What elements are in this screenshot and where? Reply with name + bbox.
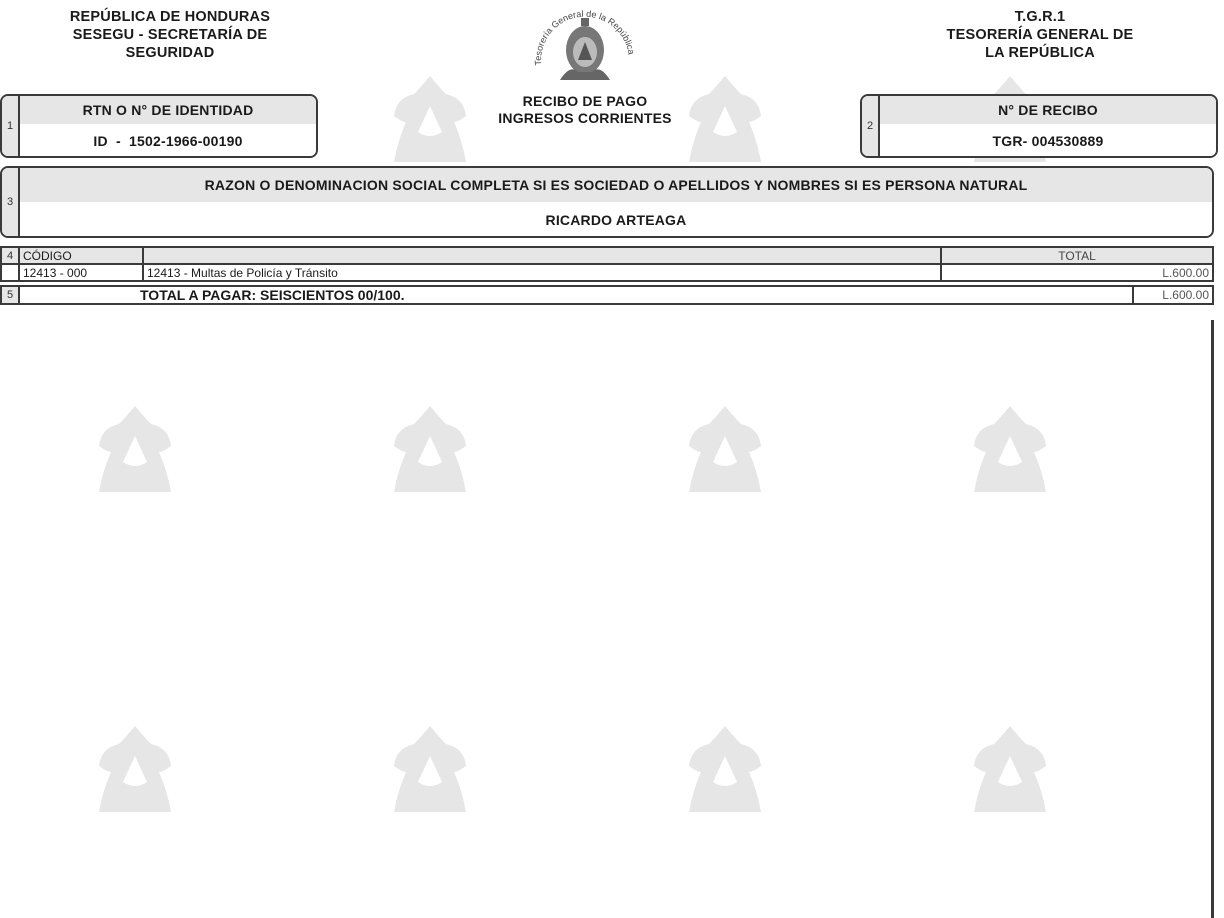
table-row: 12413 - 000 12413 - Multas de Policía y … xyxy=(1,264,1213,281)
receipt-number-label: N° DE RECIBO xyxy=(880,96,1216,124)
payer-box-number: 3 xyxy=(2,168,20,236)
payer-name-value: RICARDO ARTEAGA xyxy=(20,204,1212,236)
total-row: 5 TOTAL A PAGAR: SEISCIENTOS 00/100. L.6… xyxy=(1,286,1213,304)
treasury-line-1: T.G.R.1 xyxy=(915,8,1165,26)
watermark-coat-of-arms-icon xyxy=(960,720,1060,820)
treasury-header: T.G.R.1 TESORERÍA GENERAL DE LA REPÚBLIC… xyxy=(915,8,1165,62)
id-box-value: ID - 1502-1966-00190 xyxy=(20,126,316,156)
table-header-row: 4 CÓDIGO TOTAL xyxy=(1,247,1213,264)
issuer-header: REPÚBLICA DE HONDURAS SESEGU - SECRETARÍ… xyxy=(40,8,300,62)
watermark-coat-of-arms-icon xyxy=(675,400,775,500)
total-label: TOTAL A PAGAR: SEISCIENTOS 00/100. xyxy=(19,286,1133,304)
item-total: L.600.00 xyxy=(941,264,1213,281)
watermark-coat-of-arms-icon xyxy=(960,400,1060,500)
watermark-coat-of-arms-icon xyxy=(85,400,185,500)
watermark-coat-of-arms-icon xyxy=(675,720,775,820)
id-box-number: 1 xyxy=(2,96,20,156)
receipt-title-line-1: RECIBO DE PAGO xyxy=(480,93,690,110)
receipt-box-number: 2 xyxy=(862,96,880,156)
watermark-coat-of-arms-icon xyxy=(380,70,480,170)
treasury-line-2: TESORERÍA GENERAL DE xyxy=(915,26,1165,44)
id-box-label: RTN O N° DE IDENTIDAD xyxy=(20,96,316,124)
watermark-coat-of-arms-icon xyxy=(380,720,480,820)
item-code: 12413 - 000 xyxy=(19,264,143,281)
total-table: 5 TOTAL A PAGAR: SEISCIENTOS 00/100. L.6… xyxy=(0,285,1214,305)
page-frame-border xyxy=(1211,320,1214,918)
receipt-number-box: 2 N° DE RECIBO TGR- 004530889 xyxy=(860,94,1218,158)
watermark-coat-of-arms-icon xyxy=(675,70,775,170)
treasury-emblem: Tesorería General de la República xyxy=(520,0,650,92)
payer-name-label: RAZON O DENOMINACION SOCIAL COMPLETA SI … xyxy=(20,168,1212,202)
watermark-coat-of-arms-icon xyxy=(85,720,185,820)
receipt-title: RECIBO DE PAGO INGRESOS CORRIENTES xyxy=(480,93,690,127)
receipt-title-line-2: INGRESOS CORRIENTES xyxy=(480,110,690,127)
id-box: 1 RTN O N° DE IDENTIDAD ID - 1502-1966-0… xyxy=(0,94,318,158)
issuer-line-2: SESEGU - SECRETARÍA DE xyxy=(40,26,300,44)
treasury-line-3: LA REPÚBLICA xyxy=(915,44,1165,62)
items-table: 4 CÓDIGO TOTAL 12413 - 000 12413 - Multa… xyxy=(0,246,1214,282)
row-number-5: 5 xyxy=(1,286,19,304)
row-number-4: 4 xyxy=(1,247,19,264)
payer-name-box: 3 RAZON O DENOMINACION SOCIAL COMPLETA S… xyxy=(0,166,1214,238)
total-amount: L.600.00 xyxy=(1133,286,1213,304)
item-description: 12413 - Multas de Policía y Tránsito xyxy=(143,264,941,281)
honduras-coat-of-arms-icon: Tesorería General de la República xyxy=(520,0,650,92)
header-description xyxy=(143,247,941,264)
receipt-number-value: TGR- 004530889 xyxy=(880,126,1216,156)
header-code: CÓDIGO xyxy=(19,247,143,264)
issuer-line-1: REPÚBLICA DE HONDURAS xyxy=(40,8,300,26)
watermark-coat-of-arms-icon xyxy=(380,400,480,500)
header-total: TOTAL xyxy=(941,247,1213,264)
issuer-line-3: SEGURIDAD xyxy=(40,44,300,62)
